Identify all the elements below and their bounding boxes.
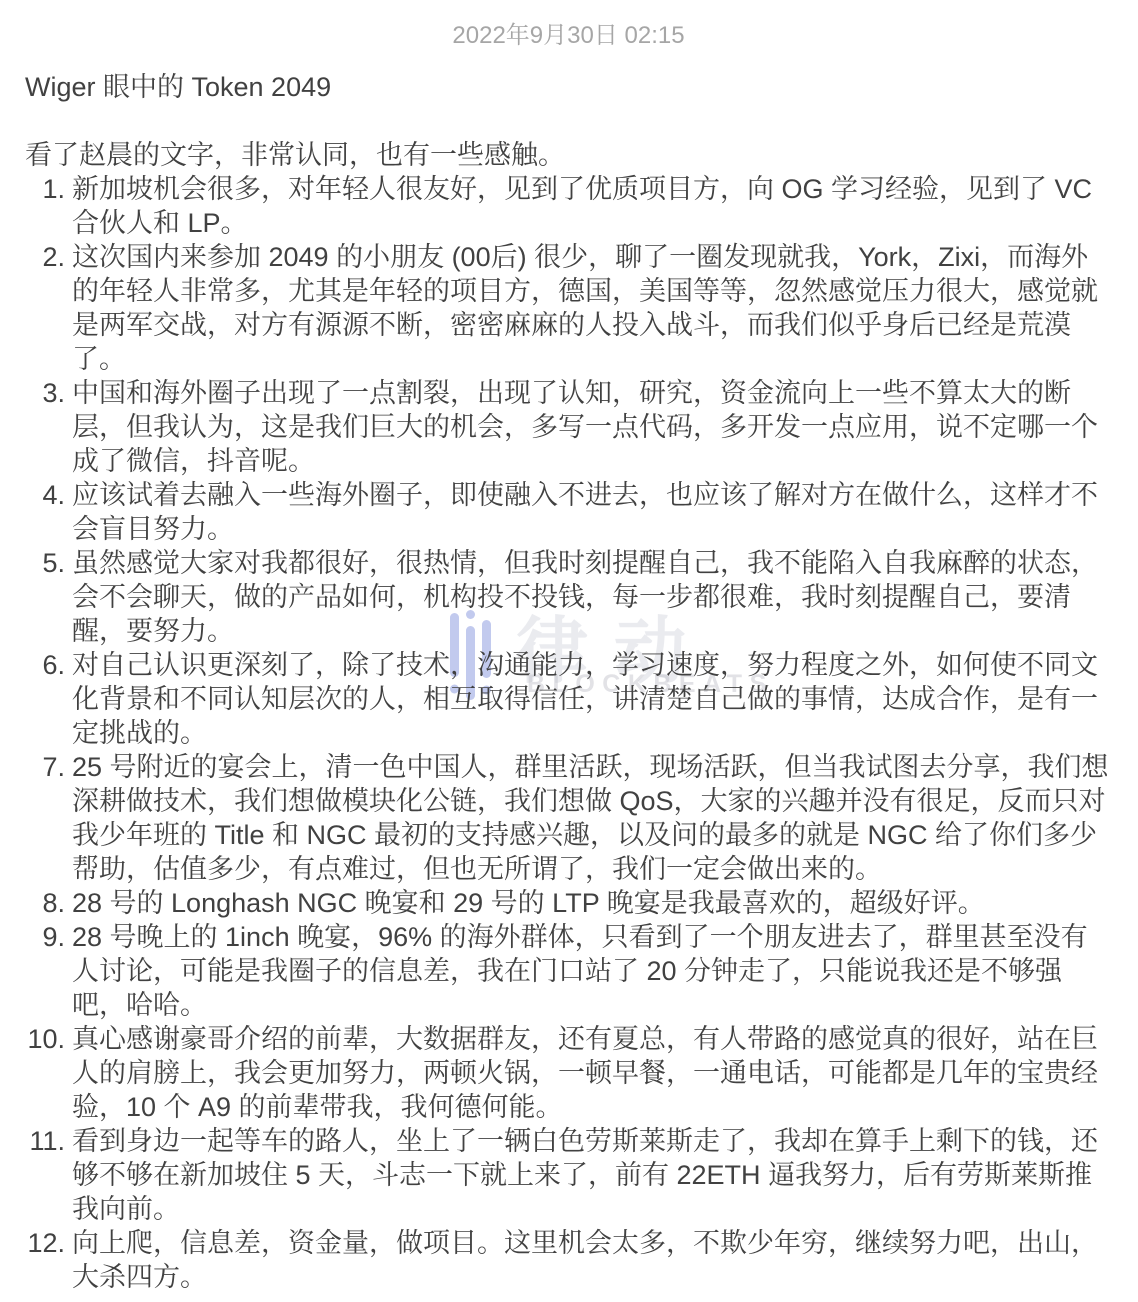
list-item-number: 10. <box>25 1022 65 1124</box>
list-item-text: 应该试着去融入一些海外圈子，即使融入不进去，也应该了解对方在做什么，这样才不会盲… <box>72 478 1112 546</box>
list-item-text: 28 号的 Longhash NGC 晚宴和 29 号的 LTP 晚宴是我最喜欢… <box>72 886 1112 920</box>
list-item-text: 新加坡机会很多，对年轻人很友好，见到了优质项目方，向 OG 学习经验，见到了 V… <box>72 172 1112 240</box>
list-item-text: 真心感谢豪哥介绍的前辈，大数据群友，还有夏总，有人带路的感觉真的很好，站在巨人的… <box>72 1022 1112 1124</box>
list-item-text: 虽然感觉大家对我都很好，很热情，但我时刻提醒自己，我不能陷入自我麻醉的状态，会不… <box>72 546 1112 648</box>
list-item-number: 11. <box>25 1124 65 1226</box>
list-item: 5.虽然感觉大家对我都很好，很热情，但我时刻提醒自己，我不能陷入自我麻醉的状态，… <box>25 546 1112 648</box>
list-item: 7.25 号附近的宴会上，清一色中国人，群里活跃，现场活跃，但当我试图去分享，我… <box>25 750 1112 886</box>
list-item: 10.真心感谢豪哥介绍的前辈，大数据群友，还有夏总，有人带路的感觉真的很好，站在… <box>25 1022 1112 1124</box>
list-item-text: 这次国内来参加 2049 的小朋友 (00后) 很少，聊了一圈发现就我，York… <box>72 240 1112 376</box>
list-item-number: 4. <box>25 478 65 546</box>
list-item: 12.向上爬，信息差，资金量，做项目。这里机会太多，不欺少年穷，继续努力吧，出山… <box>25 1226 1112 1294</box>
list-item-text: 28 号晚上的 1inch 晚宴，96% 的海外群体，只看到了一个朋友进去了，群… <box>72 920 1112 1022</box>
list-item: 1.新加坡机会很多，对年轻人很友好，见到了优质项目方，向 OG 学习经验，见到了… <box>25 172 1112 240</box>
list-item-number: 6. <box>25 648 65 750</box>
list-item: 8.28 号的 Longhash NGC 晚宴和 29 号的 LTP 晚宴是我最… <box>25 886 1112 920</box>
list-item: 3.中国和海外圈子出现了一点割裂，出现了认知，研究，资金流向上一些不算太大的断层… <box>25 376 1112 478</box>
list-item: 2.这次国内来参加 2049 的小朋友 (00后) 很少，聊了一圈发现就我，Yo… <box>25 240 1112 376</box>
list-item: 9.28 号晚上的 1inch 晚宴，96% 的海外群体，只看到了一个朋友进去了… <box>25 920 1112 1022</box>
numbered-list: 1.新加坡机会很多，对年轻人很友好，见到了优质项目方，向 OG 学习经验，见到了… <box>25 172 1112 1294</box>
list-item-number: 5. <box>25 546 65 648</box>
blank-line <box>25 104 1112 138</box>
list-item-number: 1. <box>25 172 65 240</box>
list-item-text: 对自己认识更深刻了，除了技术，沟通能力，学习速度，努力程度之外，如何使不同文化背… <box>72 648 1112 750</box>
note-page: 律动 BLOCKBEATS 2022年9月30日 02:15 Wiger 眼中的… <box>0 0 1138 1302</box>
list-item-number: 7. <box>25 750 65 886</box>
list-item-number: 8. <box>25 886 65 920</box>
list-item-text: 25 号附近的宴会上，清一色中国人，群里活跃，现场活跃，但当我试图去分享，我们想… <box>72 750 1112 886</box>
list-item: 6.对自己认识更深刻了，除了技术，沟通能力，学习速度，努力程度之外，如何使不同文… <box>25 648 1112 750</box>
list-item-text: 看到身边一起等车的路人，坐上了一辆白色劳斯莱斯走了，我却在算手上剩下的钱，还够不… <box>72 1124 1112 1226</box>
intro-paragraph: 看了赵晨的文字，非常认同，也有一些感触。 <box>25 138 1112 172</box>
list-item-text: 向上爬，信息差，资金量，做项目。这里机会太多，不欺少年穷，继续努力吧，出山，大杀… <box>72 1226 1112 1294</box>
list-item-text: 中国和海外圈子出现了一点割裂，出现了认知，研究，资金流向上一些不算太大的断层，但… <box>72 376 1112 478</box>
list-item-number: 9. <box>25 920 65 1022</box>
note-title: Wiger 眼中的 Token 2049 <box>25 70 1112 104</box>
list-item-number: 3. <box>25 376 65 478</box>
list-item-number: 12. <box>25 1226 65 1294</box>
note-content: 2022年9月30日 02:15 Wiger 眼中的 Token 2049 看了… <box>0 0 1138 1294</box>
list-item-number: 2. <box>25 240 65 376</box>
timestamp: 2022年9月30日 02:15 <box>25 21 1112 51</box>
list-item: 4.应该试着去融入一些海外圈子，即使融入不进去，也应该了解对方在做什么，这样才不… <box>25 478 1112 546</box>
list-item: 11.看到身边一起等车的路人，坐上了一辆白色劳斯莱斯走了，我却在算手上剩下的钱，… <box>25 1124 1112 1226</box>
